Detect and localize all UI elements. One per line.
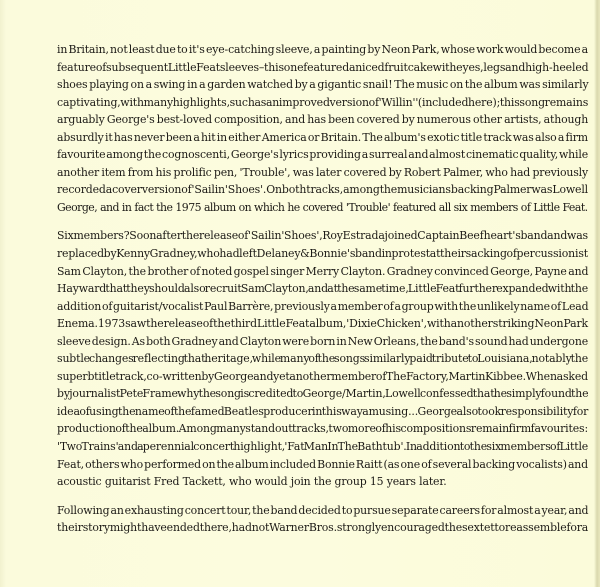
- text-line: Feat, others who performed on the album …: [57, 456, 588, 474]
- text-line: sleeve design. As both Gradney and Clayt…: [57, 333, 588, 351]
- text-line: their story might have ended there, had …: [57, 519, 588, 537]
- text-line: superb title track, co-written by George…: [57, 368, 588, 386]
- text-line: subtle changes reflecting that heritage,…: [57, 350, 588, 368]
- text-line: Six members? Soon after the release of '…: [57, 227, 588, 245]
- text-line: acoustic guitarist Fred Tackett, who wou…: [57, 473, 588, 491]
- paragraph-1: in Britain, not least due to it's eye-ca…: [57, 41, 588, 216]
- text-line: 'Two Trains' and a perennial concert hig…: [57, 438, 588, 456]
- text-line: arguably George's best-loved composition…: [57, 111, 588, 129]
- paragraph-3: Following an exhausting concert tour, th…: [57, 502, 588, 537]
- text-line: favourite among the cognoscenti, George'…: [57, 146, 588, 164]
- text-line: feature of subsequent Little Feat sleeve…: [57, 59, 588, 77]
- text-line: idea of using the name of the famed Beat…: [57, 403, 588, 421]
- text-line: Sam Clayton, the brother of noted gospel…: [57, 263, 588, 281]
- text-line: captivating, with many highlights, such …: [57, 94, 588, 112]
- text-line: George, and in fact the 1975 album on wh…: [57, 199, 588, 217]
- document-page: in Britain, not least due to it's eye-ca…: [0, 0, 600, 587]
- text-line: Hayward that they should also recruit Sa…: [57, 280, 588, 298]
- text-line: Following an exhausting concert tour, th…: [57, 502, 588, 520]
- text-line: production of the album. Among many stan…: [57, 420, 588, 438]
- text-line: another item from his prolific pen, 'Tro…: [57, 164, 588, 182]
- text-line: replaced by Kenny Gradney, who had left …: [57, 245, 588, 263]
- body-text: in Britain, not least due to it's eye-ca…: [57, 41, 588, 537]
- text-line: shoes playing on a swing in a garden wat…: [57, 76, 588, 94]
- text-line: absurdly it has never been a hit in eith…: [57, 129, 588, 147]
- text-line: by journalist Pete Frame why the song is…: [57, 385, 588, 403]
- text-line: addition of guitarist/vocalist Paul Barr…: [57, 298, 588, 316]
- text-line: Enema. 1973 saw the release of the third…: [57, 315, 588, 333]
- text-line: recorded a cover version of 'Sailin' Sho…: [57, 181, 588, 199]
- paragraph-2: Six members? Soon after the release of '…: [57, 227, 588, 490]
- text-line: in Britain, not least due to it's eye-ca…: [57, 41, 588, 59]
